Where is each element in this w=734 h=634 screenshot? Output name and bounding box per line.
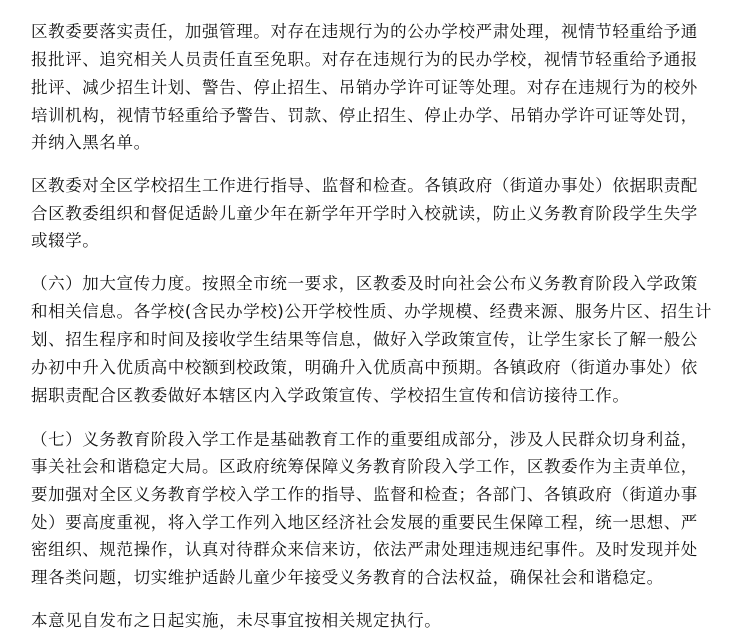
text-line: 和相关信息。各学校(含民办学校)公开学校性质、办学规模、经费来源、服务片区、招生…: [31, 302, 712, 322]
text-line: 本意见自发布之日起实施，未尽事宜按相关规定执行。: [31, 611, 441, 631]
text-line: 培训机构，视情节轻重给予警告、罚款、停止招生、停止办学、吊销办学许可证等处罚，: [31, 106, 698, 126]
text-line: 事关社会和谐稳定大局。区政府统筹保障义务教育阶段入学工作，区教委作为主责单位，: [31, 457, 698, 477]
text-line: 区教委要落实责任，加强管理。对存在违规行为的公办学校严肃处理，视情节轻重给予通: [31, 22, 698, 42]
text-line: 办初中升入优质高中校额到校政策，明确升入优质高中预期。各镇政府（街道办事处）依: [31, 358, 698, 378]
text-line: 合区教委组织和督促适龄儿童少年在新学年开学时入校就读，防止义务教育阶段学生失学: [31, 204, 698, 224]
text-line: （七）义务教育阶段入学工作是基础教育工作的重要组成部分，涉及人民群众切身利益，: [31, 430, 698, 450]
text-line: 理各类问题，切实维护适龄儿童少年接受义务教育的合法权益，确保社会和谐稳定。: [31, 568, 664, 588]
text-line: 或辍学。: [31, 231, 99, 251]
text-line: 要加强对全区义务教育学校入学工作的指导、监督和检查；各部门、各镇政府（街道办事: [31, 485, 698, 505]
text-line: （六）加大宣传力度。按照全市统一要求，区教委及时向社会公布义务教育阶段入学政策: [31, 274, 698, 294]
text-line: 并纳入黑名单。: [31, 133, 151, 153]
text-line: 报批评、追究相关人员责任直至免职。对存在违规行为的民办学校，视情节轻重给予通报: [31, 50, 698, 70]
text-line: 密组织、规范操作，认真对待群众来信来访，依法严肃处理违规违纪事件。及时发现并处: [31, 540, 698, 560]
text-line: 划、招生程序和时间及接收学生结果等信息，做好入学政策宣传，让学生家长了解一般公: [31, 330, 698, 350]
text-line: 区教委对全区学校招生工作进行指导、监督和检查。各镇政府（街道办事处）依据职责配: [31, 176, 698, 196]
text-line: 据职责配合区教委做好本辖区内入学政策宣传、学校招生宣传和信访接待工作。: [31, 386, 630, 406]
text-line: 批评、减少招生计划、警告、停止招生、吊销办学许可证等处理。对存在违规行为的校外: [31, 78, 698, 98]
text-line: 处）要高度重视，将入学工作列入地区经济社会发展的重要民生保障工程，统一思想、严: [31, 513, 698, 533]
